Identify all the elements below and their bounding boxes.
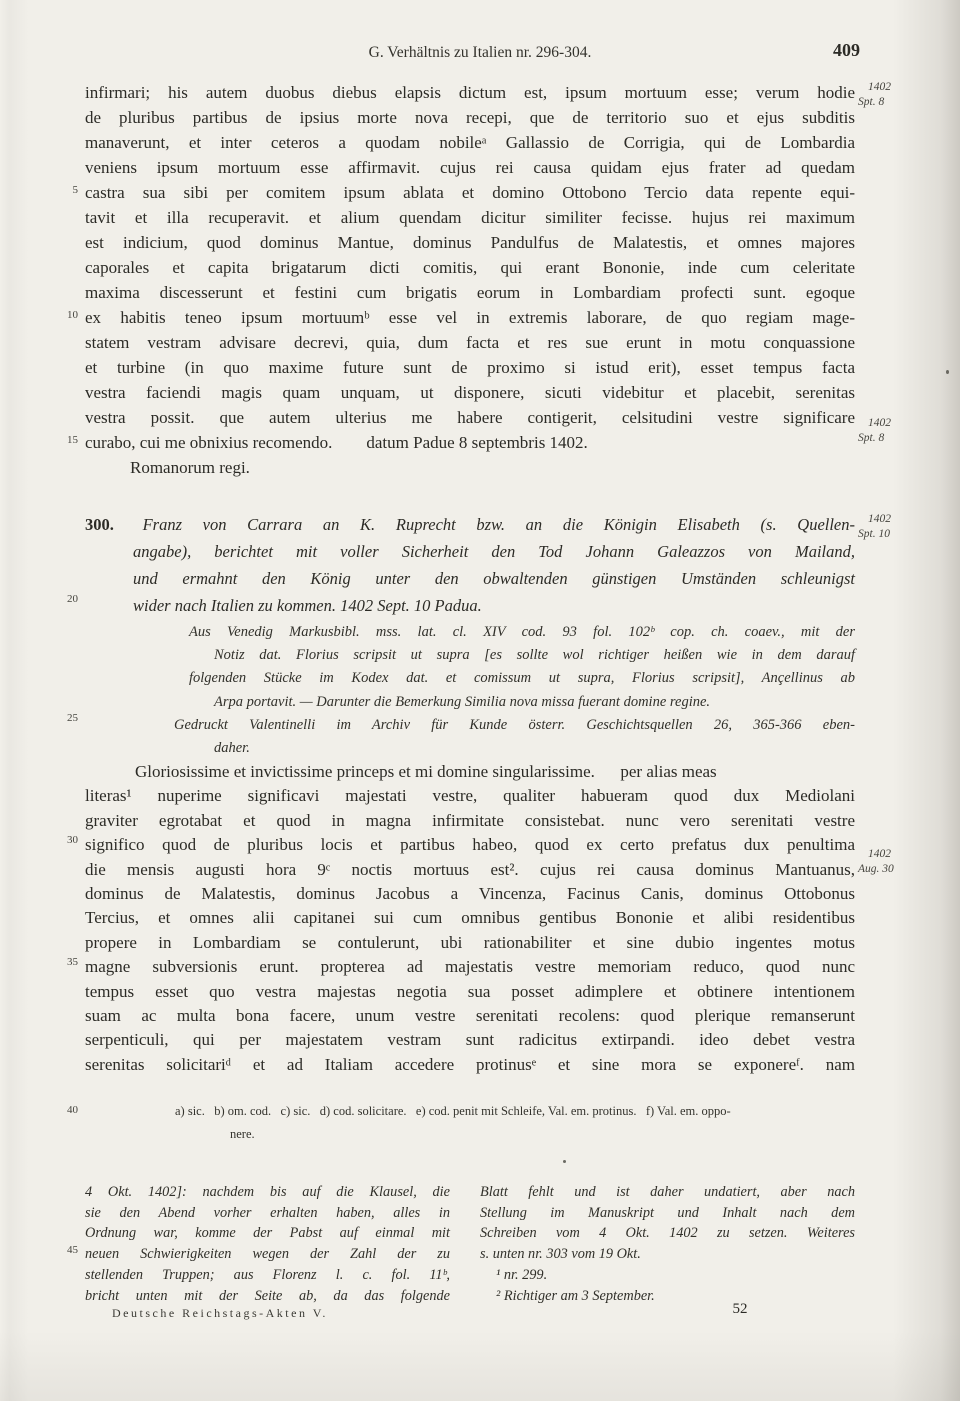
sheet-signature-number: 52 — [718, 1301, 762, 1318]
text-line: tavit et illa recuperavit. et alium quen… — [85, 205, 855, 230]
footnote-line: ¹ nr. 299. — [480, 1265, 855, 1286]
text-line: vestra possit. que autem ulterius me hab… — [85, 405, 855, 430]
source-line: folgenden Stücke im Kodex dat. et comiss… — [174, 667, 855, 690]
margin-date: 1402 Spt. 8 — [858, 416, 936, 446]
source-line: Gedruckt Valentinelli im Archiv für Kund… — [174, 714, 855, 737]
margin-date-day: Spt. 8 — [858, 95, 936, 110]
heading-line: 300. Franz von Carrara an K. Ruprecht bz… — [85, 511, 855, 538]
margin-line-number: 15 — [52, 434, 78, 446]
heading-text: Franz von Carrara an K. Ruprecht bzw. an… — [143, 515, 855, 534]
text-line: vestra faciendi magis quam unquam, ut di… — [85, 380, 855, 405]
apparatus-notes-line: a) sic. b) om. cod. c) sic. d) cod. soli… — [175, 1104, 731, 1119]
item-299-text: infirmari; his autem duobus diebus elaps… — [85, 80, 855, 480]
text-line: suam ac multa bona facere, unum vestre s… — [85, 1004, 855, 1028]
footnote-line: 4 Okt. 1402]: nachdem bis auf die Klause… — [85, 1182, 450, 1203]
text-line: maxima discesserunt et festini cum briga… — [85, 280, 855, 305]
text-line: dominus de Malatestis, dominus Jacobus a… — [85, 882, 855, 906]
margin-date-year: 1402 — [858, 416, 936, 431]
margin-line-number: 45 — [52, 1244, 78, 1256]
margin-date-year: 1402 — [858, 847, 936, 862]
footnote-line: sie den Abend vorher erhalten haben, all… — [85, 1203, 450, 1224]
text-line-address: Romanorum regi. — [85, 455, 855, 480]
text-line: tempus esset quo vestra majestas negotia… — [85, 980, 855, 1004]
footnote-line: ² Richtiger am 3 September. — [480, 1286, 855, 1307]
text-line: propere in Lombardiam se contulerunt, ub… — [85, 931, 855, 955]
source-line: Arpa portavit. — Darunter die Bemerkung … — [174, 691, 855, 714]
footnote-line: stellenden Truppen; aus Florenz l. c. fo… — [85, 1265, 450, 1286]
text-line: infirmari; his autem duobus diebus elaps… — [85, 80, 855, 105]
source-line: Notiz dat. Florius scripsit ut supra [es… — [174, 644, 855, 667]
scan-speck — [563, 1160, 566, 1163]
footnote-column-left: 4 Okt. 1402]: nachdem bis auf die Klause… — [85, 1182, 450, 1306]
margin-line-number: 20 — [52, 593, 78, 605]
text-line: est indicium, quod dominus Mantue, domin… — [85, 230, 855, 255]
footnote-line: bricht unten mit der Seite ab, da das fo… — [85, 1286, 450, 1307]
margin-date-day: Spt. 10 — [858, 527, 936, 542]
margin-date: 1402 Spt. 8 — [858, 80, 936, 110]
footnote-line: Schreiben vom 4 Okt. 1402 zu setzen. Wei… — [480, 1223, 855, 1244]
margin-line-number: 30 — [52, 834, 78, 846]
scan-speck — [946, 370, 949, 374]
text-line: significo quod de pluribus locis et part… — [85, 833, 855, 857]
margin-line-number: 5 — [52, 184, 78, 196]
text-line: graviter egrotabat et quod in magna infi… — [85, 809, 855, 833]
heading-line: und ermahnt den König unter den obwalten… — [85, 565, 855, 592]
margin-date-year: 1402 — [858, 80, 936, 95]
text-line: veniens ipsum mortuum esse affirmavit. c… — [85, 155, 855, 180]
item-number: 300. — [85, 515, 122, 534]
margin-date-day: Aug. 30 — [858, 862, 936, 877]
margin-line-number: 25 — [52, 712, 78, 724]
text-line: statem vestram advisare decrevi, quia, d… — [85, 330, 855, 355]
text-line: Tercius, et omnes alii capitanei sui cum… — [85, 906, 855, 930]
text-line: de pluribus partibus de ipsius morte nov… — [85, 105, 855, 130]
scanned-book-page: G. Verhältnis zu Italien nr. 296-304. 40… — [0, 0, 960, 1401]
heading-line: wider nach Italien zu kommen. 1402 Sept.… — [85, 592, 855, 619]
series-title: Deutsche Reichstags-Akten V. — [112, 1306, 328, 1321]
text-line: manaverunt, et inter ceteros a quodam no… — [85, 130, 855, 155]
margin-line-number: 10 — [52, 309, 78, 321]
margin-line-number: 35 — [52, 956, 78, 968]
item-300-heading: 300. Franz von Carrara an K. Ruprecht bz… — [85, 511, 855, 619]
footnote-line: Blatt fehlt und ist daher undatiert, abe… — [480, 1182, 855, 1203]
footnote-line: Ordnung war, komme der Pabst auf einmal … — [85, 1223, 450, 1244]
item-300-letter: Gloriosissime et invictissime princeps e… — [85, 760, 855, 1077]
footnote-column-right: Blatt fehlt und ist daher undatiert, abe… — [480, 1182, 855, 1306]
footnote-line: Stellung im Manuskript und Inhalt nach d… — [480, 1203, 855, 1224]
text-line: die mensis augusti hora 9ᶜ noctis mortuu… — [85, 858, 855, 882]
text-line: serpenticuli, qui per majestatem vestram… — [85, 1028, 855, 1052]
page-number: 409 — [790, 40, 860, 61]
margin-line-number: 40 — [52, 1104, 78, 1116]
source-line: Aus Venedig Markusbibl. mss. lat. cl. XI… — [174, 621, 855, 644]
text-line: Gloriosissime et invictissime princeps e… — [85, 760, 855, 784]
source-line: daher. — [174, 737, 855, 760]
text-line: magne subversionis erunt. propterea ad m… — [85, 955, 855, 979]
margin-date: 1402 Spt. 10 — [858, 512, 936, 542]
text-line: serenitas solicitariᵈ et ad Italiam acce… — [85, 1053, 855, 1077]
footnote-line: s. unten nr. 303 vom 19 Okt. — [480, 1244, 855, 1265]
item-300-source-note: Aus Venedig Markusbibl. mss. lat. cl. XI… — [174, 621, 855, 760]
text-line: et turbine (in quo maxime future sunt de… — [85, 355, 855, 380]
text-line: ex habitis teneo ipsum mortuumᵇ esse vel… — [85, 305, 855, 330]
text-line: caporales et capita brigatarum dicti com… — [85, 255, 855, 280]
apparatus-notes-line: nere. — [230, 1127, 255, 1142]
text-line-dateline: curabo, cui me obnixius recomendo. datum… — [85, 430, 855, 455]
heading-line: angabe), berichtet mit voller Sicherheit… — [85, 538, 855, 565]
footnote-line: neuen Schwierigkeiten wegen der Zahl der… — [85, 1244, 450, 1265]
margin-date: 1402 Aug. 30 — [858, 847, 936, 877]
text-line: castra sua sibi per comitem ipsum ablata… — [85, 180, 855, 205]
text-line: literas¹ nuperime significavi majestati … — [85, 784, 855, 808]
margin-date-year: 1402 — [858, 512, 936, 527]
margin-date-day: Spt. 8 — [858, 431, 936, 446]
